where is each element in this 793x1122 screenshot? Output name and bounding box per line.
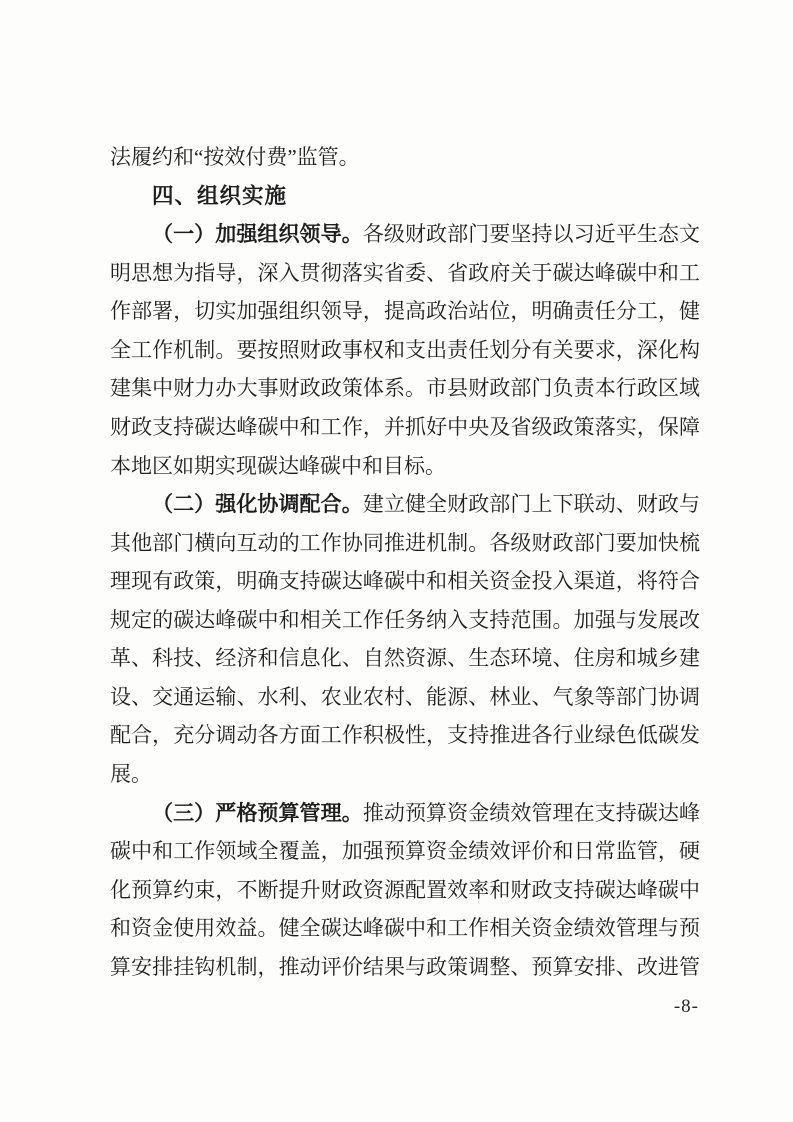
text-line: 碳中和工作领域全覆盖，加强预算资金绩效评价和日常监管，硬	[110, 832, 700, 871]
text-run: 和资金使用效益。健全碳达峰碳中和工作相关资金绩效管理与预	[110, 916, 700, 940]
text-run: 碳中和工作领域全覆盖，加强预算资金绩效评价和日常监管，硬	[110, 839, 700, 863]
text-run: 展。	[110, 762, 152, 786]
bold-text-run: （二）强化协调配合。	[152, 492, 363, 516]
text-line: 和资金使用效益。健全碳达峰碳中和工作相关资金绩效管理与预	[110, 909, 700, 948]
text-line: 建集中财力办大事财政政策体系。市县财政部门负责本行政区域	[110, 369, 700, 408]
text-run: 推动预算资金绩效管理在支持碳达峰	[363, 801, 700, 825]
text-line: 展。	[110, 755, 700, 794]
bold-text-run: （三）严格预算管理。	[152, 801, 363, 825]
text-line: 革、科技、经济和信息化、自然资源、生态环境、住房和城乡建	[110, 639, 700, 678]
text-run: 明思想为指导，深入贯彻落实省委、省政府关于碳达峰碳中和工	[110, 261, 700, 285]
text-run: 建立健全财政部门上下联动、财政与	[363, 492, 700, 516]
text-run: 配合，充分调动各方面工作积极性，支持推进各行业绿色低碳发	[110, 723, 700, 747]
section-heading: 四、组织实施	[110, 177, 700, 216]
text-line: （一）加强组织领导。各级财政部门要坚持以习近平生态文	[110, 215, 700, 254]
text-run: 规定的碳达峰碳中和相关工作任务纳入支持范围。加强与发展改	[110, 608, 700, 632]
text-run: 法履约和“按效付费”监管。	[110, 145, 360, 169]
document-page: 法履约和“按效付费”监管。四、组织实施（一）加强组织领导。各级财政部门要坚持以习…	[0, 0, 793, 1122]
text-run: 建集中财力办大事财政政策体系。市县财政部门负责本行政区域	[110, 376, 700, 400]
text-run: 财政支持碳达峰碳中和工作，并抓好中央及省级政策落实，保障	[110, 415, 700, 439]
text-run: 算安排挂钩机制，推动评价结果与政策调整、预算安排、改进管	[110, 955, 700, 979]
text-run: 其他部门横向互动的工作协同推进机制。各级财政部门要加快梳	[110, 531, 700, 555]
text-line: 明思想为指导，深入贯彻落实省委、省政府关于碳达峰碳中和工	[110, 254, 700, 293]
document-body: 法履约和“按效付费”监管。四、组织实施（一）加强组织领导。各级财政部门要坚持以习…	[110, 138, 700, 986]
text-run: 革、科技、经济和信息化、自然资源、生态环境、住房和城乡建	[110, 646, 700, 670]
bold-text-run: 四、组织实施	[152, 184, 287, 208]
text-line: 法履约和“按效付费”监管。	[110, 138, 700, 177]
text-run: 设、交通运输、水利、农业农村、能源、林业、气象等部门协调	[110, 685, 700, 709]
bold-text-run: （一）加强组织领导。	[152, 222, 363, 246]
text-line: 全工作机制。要按照财政事权和支出责任划分有关要求，深化构	[110, 331, 700, 370]
text-line: 化预算约束，不断提升财政资源配置效率和财政支持碳达峰碳中	[110, 871, 700, 910]
text-run: 全工作机制。要按照财政事权和支出责任划分有关要求，深化构	[110, 338, 700, 362]
text-line: 本地区如期实现碳达峰碳中和目标。	[110, 447, 700, 486]
text-line: （二）强化协调配合。建立健全财政部门上下联动、财政与	[110, 485, 700, 524]
text-line: （三）严格预算管理。推动预算资金绩效管理在支持碳达峰	[110, 794, 700, 833]
text-line: 设、交通运输、水利、农业农村、能源、林业、气象等部门协调	[110, 678, 700, 717]
text-run: 本地区如期实现碳达峰碳中和目标。	[110, 454, 446, 478]
text-line: 配合，充分调动各方面工作积极性，支持推进各行业绿色低碳发	[110, 716, 700, 755]
text-line: 规定的碳达峰碳中和相关工作任务纳入支持范围。加强与发展改	[110, 601, 700, 640]
text-run: 化预算约束，不断提升财政资源配置效率和财政支持碳达峰碳中	[110, 878, 700, 902]
text-run: 理现有政策，明确支持碳达峰碳中和相关资金投入渠道，将符合	[110, 569, 700, 593]
page-number: -8-	[674, 996, 699, 1018]
text-line: 其他部门横向互动的工作协同推进机制。各级财政部门要加快梳	[110, 524, 700, 563]
text-run: 作部署，切实加强组织领导，提高政治站位，明确责任分工，健	[110, 299, 700, 323]
text-line: 作部署，切实加强组织领导，提高政治站位，明确责任分工，健	[110, 292, 700, 331]
text-line: 财政支持碳达峰碳中和工作，并抓好中央及省级政策落实，保障	[110, 408, 700, 447]
text-line: 理现有政策，明确支持碳达峰碳中和相关资金投入渠道，将符合	[110, 562, 700, 601]
text-run: 各级财政部门要坚持以习近平生态文	[363, 222, 700, 246]
text-line: 算安排挂钩机制，推动评价结果与政策调整、预算安排、改进管	[110, 948, 700, 987]
